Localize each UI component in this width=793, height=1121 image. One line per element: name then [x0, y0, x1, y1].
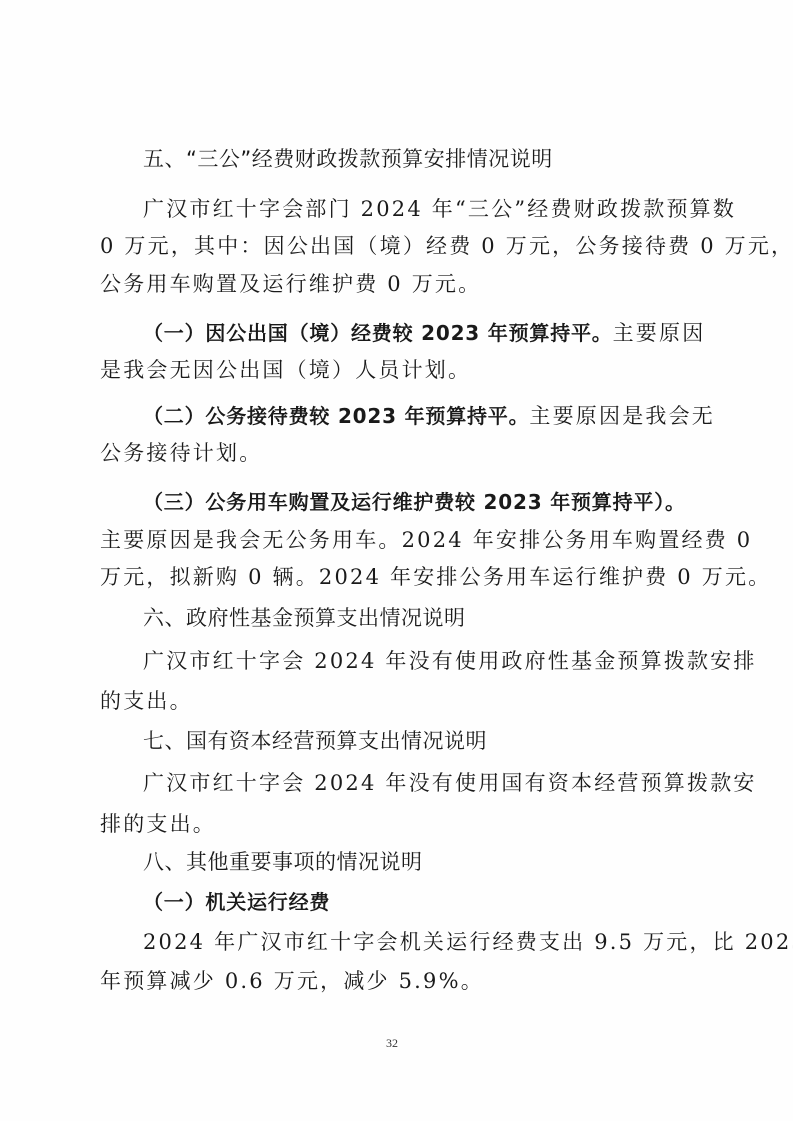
page-number: 32	[386, 1036, 398, 1051]
paragraph-line: 0 万元，其中：因公出国（境）经费 0 万元，公务接待费 0 万元，	[100, 233, 700, 259]
paragraph-line: 公务用车购置及运行维护费 0 万元。	[100, 271, 700, 297]
paragraph-line: 2024 年广汉市红十字会机关运行经费支出 9.5 万元，比 2023	[143, 929, 700, 955]
paragraph-line: 主要原因是我会无公务用车。2024 年安排公务用车购置经费 0	[100, 527, 700, 553]
item-two-line: （二）公务接待费较 2023 年预算持平。主要原因是我会无	[143, 403, 700, 429]
item-one-title: （一）因公出国（境）经费较 2023 年预算持平。	[143, 321, 613, 345]
paragraph-line: 年预算减少 0.6 万元，减少 5.9%。	[100, 968, 700, 994]
item-two-text: 主要原因是我会无	[529, 404, 715, 428]
section-seven-heading: 七、国有资本经营预算支出情况说明	[143, 728, 700, 754]
item-two-title: （二）公务接待费较 2023 年预算持平。	[143, 404, 529, 428]
paragraph-line: 万元，拟新购 0 辆。2024 年安排公务用车运行维护费 0 万元。	[100, 564, 700, 590]
paragraph-line: 的支出。	[100, 688, 700, 714]
paragraph-line: 广汉市红十字会部门 2024 年“三公”经费财政拨款预算数	[143, 196, 700, 222]
section-five-heading: 五、“三公”经费财政拨款预算安排情况说明	[143, 146, 700, 172]
item-three-title: （三）公务用车购置及运行维护费较 2023 年预算持平）。	[143, 489, 700, 515]
section-six-heading: 六、政府性基金预算支出情况说明	[143, 605, 700, 631]
item-one-line: （一）因公出国（境）经费较 2023 年预算持平。主要原因	[143, 320, 700, 346]
section-eight-heading: 八、其他重要事项的情况说明	[143, 849, 700, 875]
paragraph-line: 公务接待计划。	[100, 440, 700, 466]
paragraph-line: 广汉市红十字会 2024 年没有使用政府性基金预算拨款安排	[143, 648, 700, 674]
subsection-title: （一）机关运行经费	[143, 889, 700, 915]
paragraph-line: 广汉市红十字会 2024 年没有使用国有资本经营预算拨款安	[143, 770, 700, 796]
item-one-text: 主要原因	[613, 321, 706, 345]
paragraph-line: 是我会无因公出国（境）人员计划。	[100, 357, 700, 383]
document-page: 五、“三公”经费财政拨款预算安排情况说明 广汉市红十字会部门 2024 年“三公…	[0, 0, 793, 1121]
paragraph-line: 排的支出。	[100, 811, 700, 837]
